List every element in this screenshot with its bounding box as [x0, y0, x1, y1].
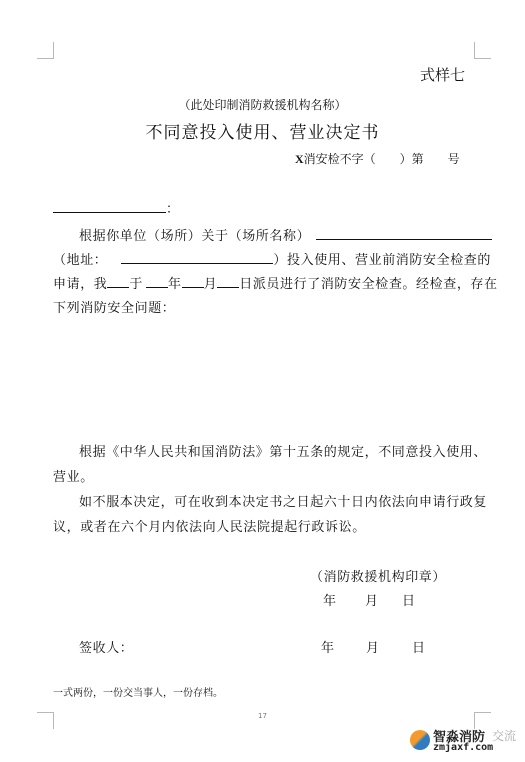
receiver-date-month: 月: [366, 637, 380, 656]
recipient-blank[interactable]: [53, 200, 166, 213]
para2-line2: 营业。: [53, 466, 94, 485]
document-number: X消安检不字（ ）第 号: [295, 150, 460, 167]
seal-date-year: 年: [323, 590, 337, 609]
logo-icon: [410, 730, 430, 750]
para1-line2: （地址：）投入使用、营业前消防安全检查的: [53, 249, 491, 268]
org-placeholder: （此处印制消防救援机构名称）: [0, 96, 525, 113]
para3-line1: 如不服本决定，可在收到本决定书之日起六十日内依法向申请行政复: [79, 491, 487, 510]
crop-mark-top-left: [37, 42, 54, 59]
crop-mark-bottom-left: [37, 712, 54, 729]
seal-date-day: 日: [402, 590, 416, 609]
para1-line4: 下列消防安全问题：: [53, 297, 175, 316]
sample-label: 式样七: [420, 64, 465, 85]
para3-line2: 议，或者在六个月内依法向人民法院提起行政诉讼。: [53, 516, 366, 535]
seal-label: （消防救援机构印章）: [310, 566, 446, 585]
logo-url: zmjaxf.com: [433, 742, 493, 753]
receiver-date-day: 日: [412, 637, 426, 656]
crop-mark-top-right: [474, 42, 491, 59]
document-title: 不同意投入使用、营业决定书: [0, 118, 525, 143]
copies-note: 一式两份，一份交当事人，一份存档。: [53, 684, 223, 699]
month-blank[interactable]: [182, 275, 204, 288]
address-blank[interactable]: [121, 251, 273, 264]
page-number: 17: [258, 712, 267, 720]
para2-line1: 根据《中华人民共和国消防法》第十五条的规定，不同意投入使用、: [79, 441, 487, 460]
day-blank[interactable]: [217, 275, 239, 288]
receiver-date-year: 年: [321, 637, 335, 656]
venue-name-blank[interactable]: [316, 227, 492, 240]
receiver-label: 签收人：: [79, 637, 133, 656]
recipient-line: ：: [53, 198, 180, 217]
seal-date-month: 月: [365, 590, 379, 609]
logo-tail: 交流: [492, 727, 516, 744]
watermark-logo: 智淼消防 交流 zmjaxf.com: [410, 726, 520, 756]
para1-line1: 根据你单位（场所）关于（场所名称）: [79, 225, 492, 244]
year-blank[interactable]: [146, 275, 168, 288]
para1-line3: 申请，我于年月日派员进行了消防安全检查。经检查，存在: [53, 273, 498, 292]
agency-blank[interactable]: [107, 275, 129, 288]
